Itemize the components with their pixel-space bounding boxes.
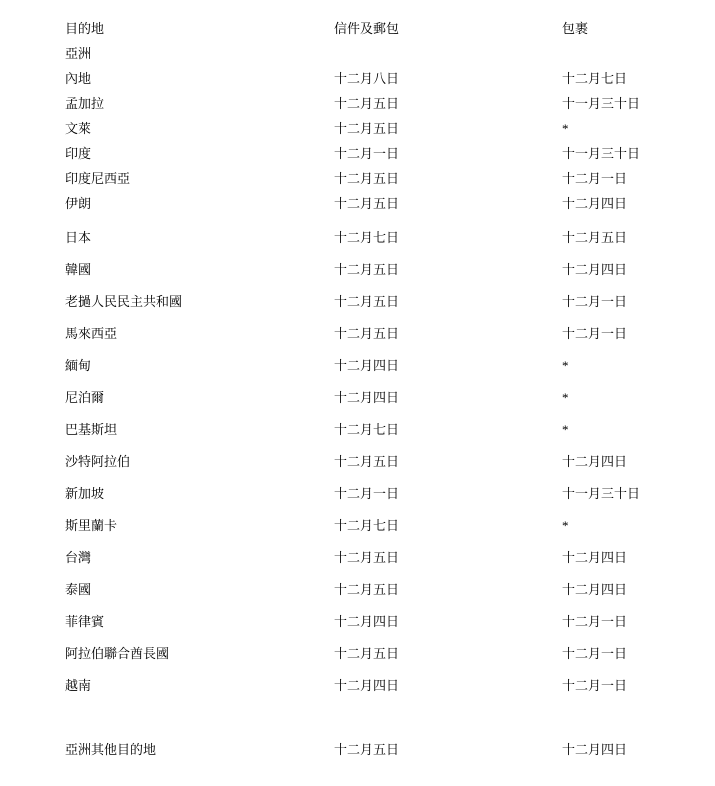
parcels-date-cell: 十二月七日 xyxy=(562,71,715,86)
letters-date-cell: 十二月一日 xyxy=(334,146,562,161)
parcels-date-cell: 十一月三十日 xyxy=(562,96,715,111)
parcels-date-cell: * xyxy=(562,121,715,136)
table-row: 斯里蘭卡 十二月七日 * xyxy=(65,518,715,550)
table-row: 阿拉伯聯合酋長國 十二月五日 十二月一日 xyxy=(65,646,715,678)
destination-cell: 印度 xyxy=(65,146,334,161)
destination-cell: 巴基斯坦 xyxy=(65,422,334,437)
table-row: 孟加拉 十二月五日 十一月三十日 xyxy=(65,96,715,121)
letters-date-cell: 十二月一日 xyxy=(334,486,562,501)
letters-date-cell: 十二月四日 xyxy=(334,614,562,629)
parcels-date-cell: * xyxy=(562,390,715,405)
table-row: 韓國 十二月五日 十二月四日 xyxy=(65,262,715,294)
destination-cell: 伊朗 xyxy=(65,196,334,211)
table-row: 巴基斯坦 十二月七日 * xyxy=(65,422,715,454)
letters-date-cell: 十二月五日 xyxy=(334,294,562,309)
destination-cell: 韓國 xyxy=(65,262,334,277)
parcels-date-cell: 十二月一日 xyxy=(562,171,715,186)
letters-date-cell: 十二月七日 xyxy=(334,230,562,245)
destination-cell: 文萊 xyxy=(65,121,334,136)
destination-cell: 台灣 xyxy=(65,550,334,565)
table-row: 文萊 十二月五日 * xyxy=(65,121,715,146)
table-row: 伊朗 十二月五日 十二月四日 xyxy=(65,196,715,230)
letters-date-cell: 十二月四日 xyxy=(334,358,562,373)
parcels-date-cell: * xyxy=(562,518,715,533)
letters-date-cell: 十二月五日 xyxy=(334,326,562,341)
parcels-date-cell: 十二月一日 xyxy=(562,678,715,693)
parcels-date-cell: * xyxy=(562,422,715,437)
parcels-date-cell: 十二月四日 xyxy=(562,582,715,597)
parcels-date-cell: 十二月五日 xyxy=(562,230,715,245)
letters-date-cell: 十二月五日 xyxy=(334,171,562,186)
destination-cell: 斯里蘭卡 xyxy=(65,518,334,533)
letters-date-cell: 十二月五日 xyxy=(334,96,562,111)
table-row: 越南 十二月四日 十二月一日 xyxy=(65,678,715,710)
parcels-date-cell: 十二月一日 xyxy=(562,326,715,341)
table-row: 馬來西亞 十二月五日 十二月一日 xyxy=(65,326,715,358)
parcels-date-cell: 十一月三十日 xyxy=(562,146,715,161)
letters-date-cell: 十二月七日 xyxy=(334,518,562,533)
parcels-date-cell: 十二月四日 xyxy=(562,742,715,757)
parcels-date-cell: 十二月一日 xyxy=(562,614,715,629)
parcels-date-cell: 十二月一日 xyxy=(562,294,715,309)
header-letters-and-packets: 信件及郵包 xyxy=(334,21,562,36)
destination-cell: 日本 xyxy=(65,230,334,245)
table-row: 台灣 十二月五日 十二月四日 xyxy=(65,550,715,582)
table-row: 菲律賓 十二月四日 十二月一日 xyxy=(65,614,715,646)
destination-cell: 印度尼西亞 xyxy=(65,171,334,186)
header-destination: 目的地 xyxy=(65,21,334,36)
letters-date-cell: 十二月五日 xyxy=(334,582,562,597)
letters-date-cell: 十二月四日 xyxy=(334,678,562,693)
letters-date-cell: 十二月五日 xyxy=(334,550,562,565)
letters-date-cell: 十二月五日 xyxy=(334,742,562,757)
table-row: 緬甸 十二月四日 * xyxy=(65,358,715,390)
letters-date-cell: 十二月五日 xyxy=(334,262,562,277)
table-row: 內地 十二月八日 十二月七日 xyxy=(65,71,715,96)
parcels-date-cell: 十二月四日 xyxy=(562,454,715,469)
table-row: 泰國 十二月五日 十二月四日 xyxy=(65,582,715,614)
parcels-date-cell: 十二月四日 xyxy=(562,550,715,565)
destination-cell: 尼泊爾 xyxy=(65,390,334,405)
destination-cell: 內地 xyxy=(65,71,334,86)
table-row: 印度 十二月一日 十一月三十日 xyxy=(65,146,715,171)
header-parcels: 包裹 xyxy=(562,21,715,36)
table-row: 印度尼西亞 十二月五日 十二月一日 xyxy=(65,171,715,196)
parcels-date-cell: 十二月一日 xyxy=(562,646,715,661)
parcels-date-cell: 十二月四日 xyxy=(562,262,715,277)
destination-cell: 緬甸 xyxy=(65,358,334,373)
parcels-date-cell: 十一月三十日 xyxy=(562,486,715,501)
spacer-row xyxy=(65,710,715,742)
destination-cell: 老撾人民民主共和國 xyxy=(65,294,334,309)
parcels-date-cell: 十二月四日 xyxy=(562,196,715,211)
parcels-date-cell: * xyxy=(562,358,715,373)
table-row: 老撾人民民主共和國 十二月五日 十二月一日 xyxy=(65,294,715,326)
table-header-row: 目的地 信件及郵包 包裹 xyxy=(65,21,715,46)
destination-cell: 越南 xyxy=(65,678,334,693)
destination-cell: 沙特阿拉伯 xyxy=(65,454,334,469)
letters-date-cell: 十二月五日 xyxy=(334,121,562,136)
table-row: 沙特阿拉伯 十二月五日 十二月四日 xyxy=(65,454,715,486)
letters-date-cell: 十二月八日 xyxy=(334,71,562,86)
mailing-deadlines-table: 目的地 信件及郵包 包裹 亞洲 內地 十二月八日 十二月七日 孟加拉 十二月五日… xyxy=(0,0,715,786)
destination-cell: 泰國 xyxy=(65,582,334,597)
destination-cell: 亞洲其他目的地 xyxy=(65,742,334,757)
table-row: 尼泊爾 十二月四日 * xyxy=(65,390,715,422)
destination-cell: 新加坡 xyxy=(65,486,334,501)
destination-cell: 菲律賓 xyxy=(65,614,334,629)
table-row: 日本 十二月七日 十二月五日 xyxy=(65,230,715,262)
destination-cell: 馬來西亞 xyxy=(65,326,334,341)
letters-date-cell: 十二月七日 xyxy=(334,422,562,437)
letters-date-cell: 十二月五日 xyxy=(334,196,562,211)
table-row: 新加坡 十二月一日 十一月三十日 xyxy=(65,486,715,518)
letters-date-cell: 十二月四日 xyxy=(334,390,562,405)
destination-cell: 孟加拉 xyxy=(65,96,334,111)
section-label: 亞洲 xyxy=(65,46,334,61)
letters-date-cell: 十二月五日 xyxy=(334,646,562,661)
table-footer-row: 亞洲其他目的地 十二月五日 十二月四日 xyxy=(65,742,715,774)
letters-date-cell: 十二月五日 xyxy=(334,454,562,469)
section-row-asia: 亞洲 xyxy=(65,46,715,71)
destination-cell: 阿拉伯聯合酋長國 xyxy=(65,646,334,661)
